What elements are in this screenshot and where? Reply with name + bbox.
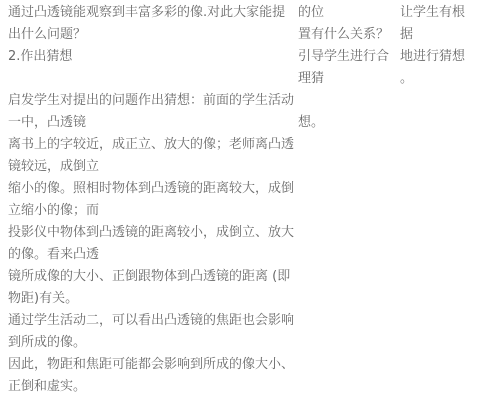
text-line: 镜所成像的大小、正倒跟物体到凸透镜的距离 (即 [8,266,298,288]
lesson-plan-document: 通过凸透镜能观察到丰富多彩的像.对此大家能提出什么问题？2.作出猜想 启发学生对… [0,0,480,403]
text-line: 理猜 [298,68,398,90]
text-line: 。 [400,68,478,90]
column-design-intent: 让学生有根据地进行猜想。 [400,2,478,90]
text-line: 地进行猜想 [400,46,478,68]
text-line: 物距)有关。 [8,288,298,310]
text-line: 一中，凸透镜 [8,112,298,134]
text-line: 引导学生进行合 [298,46,398,68]
text-line: 离书上的字较近，成正立、放大的像；老师离凸透 [8,134,298,156]
text-line: 的位 [298,2,398,24]
text-line: 正倒和虚实。 [8,376,298,398]
column-teacher-guidance: 的位置有什么关系？引导学生进行合理猜 想。 [298,2,398,134]
text-line [298,90,398,112]
text-line: 想。 [298,112,398,134]
text-line [8,68,298,90]
text-line: 2.作出猜想 [8,46,298,68]
text-line: 置有什么关系？ [298,24,398,46]
text-line: 让学生有根 [400,2,478,24]
text-line: 投影仪中物体到凸透镜的距离较小，成倒立、放大 [8,222,298,244]
text-line: 通过凸透镜能观察到丰富多彩的像.对此大家能提 [8,2,298,24]
text-line: 出什么问题？ [8,24,298,46]
text-line: 通过学生活动二，可以看出凸透镜的焦距也会影响 [8,310,298,332]
text-line: 缩小的像。照相时物体到凸透镜的距离较大，成倒 [8,178,298,200]
text-line: 镜较远，成倒立 [8,156,298,178]
text-line: 因此，物距和焦距可能都会影响到所成的像大小、 [8,354,298,376]
text-line: 据 [400,24,478,46]
text-line: 启发学生对提出的问题作出猜想：前面的学生活动 [8,90,298,112]
column-lesson-content: 通过凸透镜能观察到丰富多彩的像.对此大家能提出什么问题？2.作出猜想 启发学生对… [8,2,298,398]
text-line: 的像。看来凸透 [8,244,298,266]
text-line: 立缩小的像；而 [8,200,298,222]
text-line: 到所成的像。 [8,332,298,354]
